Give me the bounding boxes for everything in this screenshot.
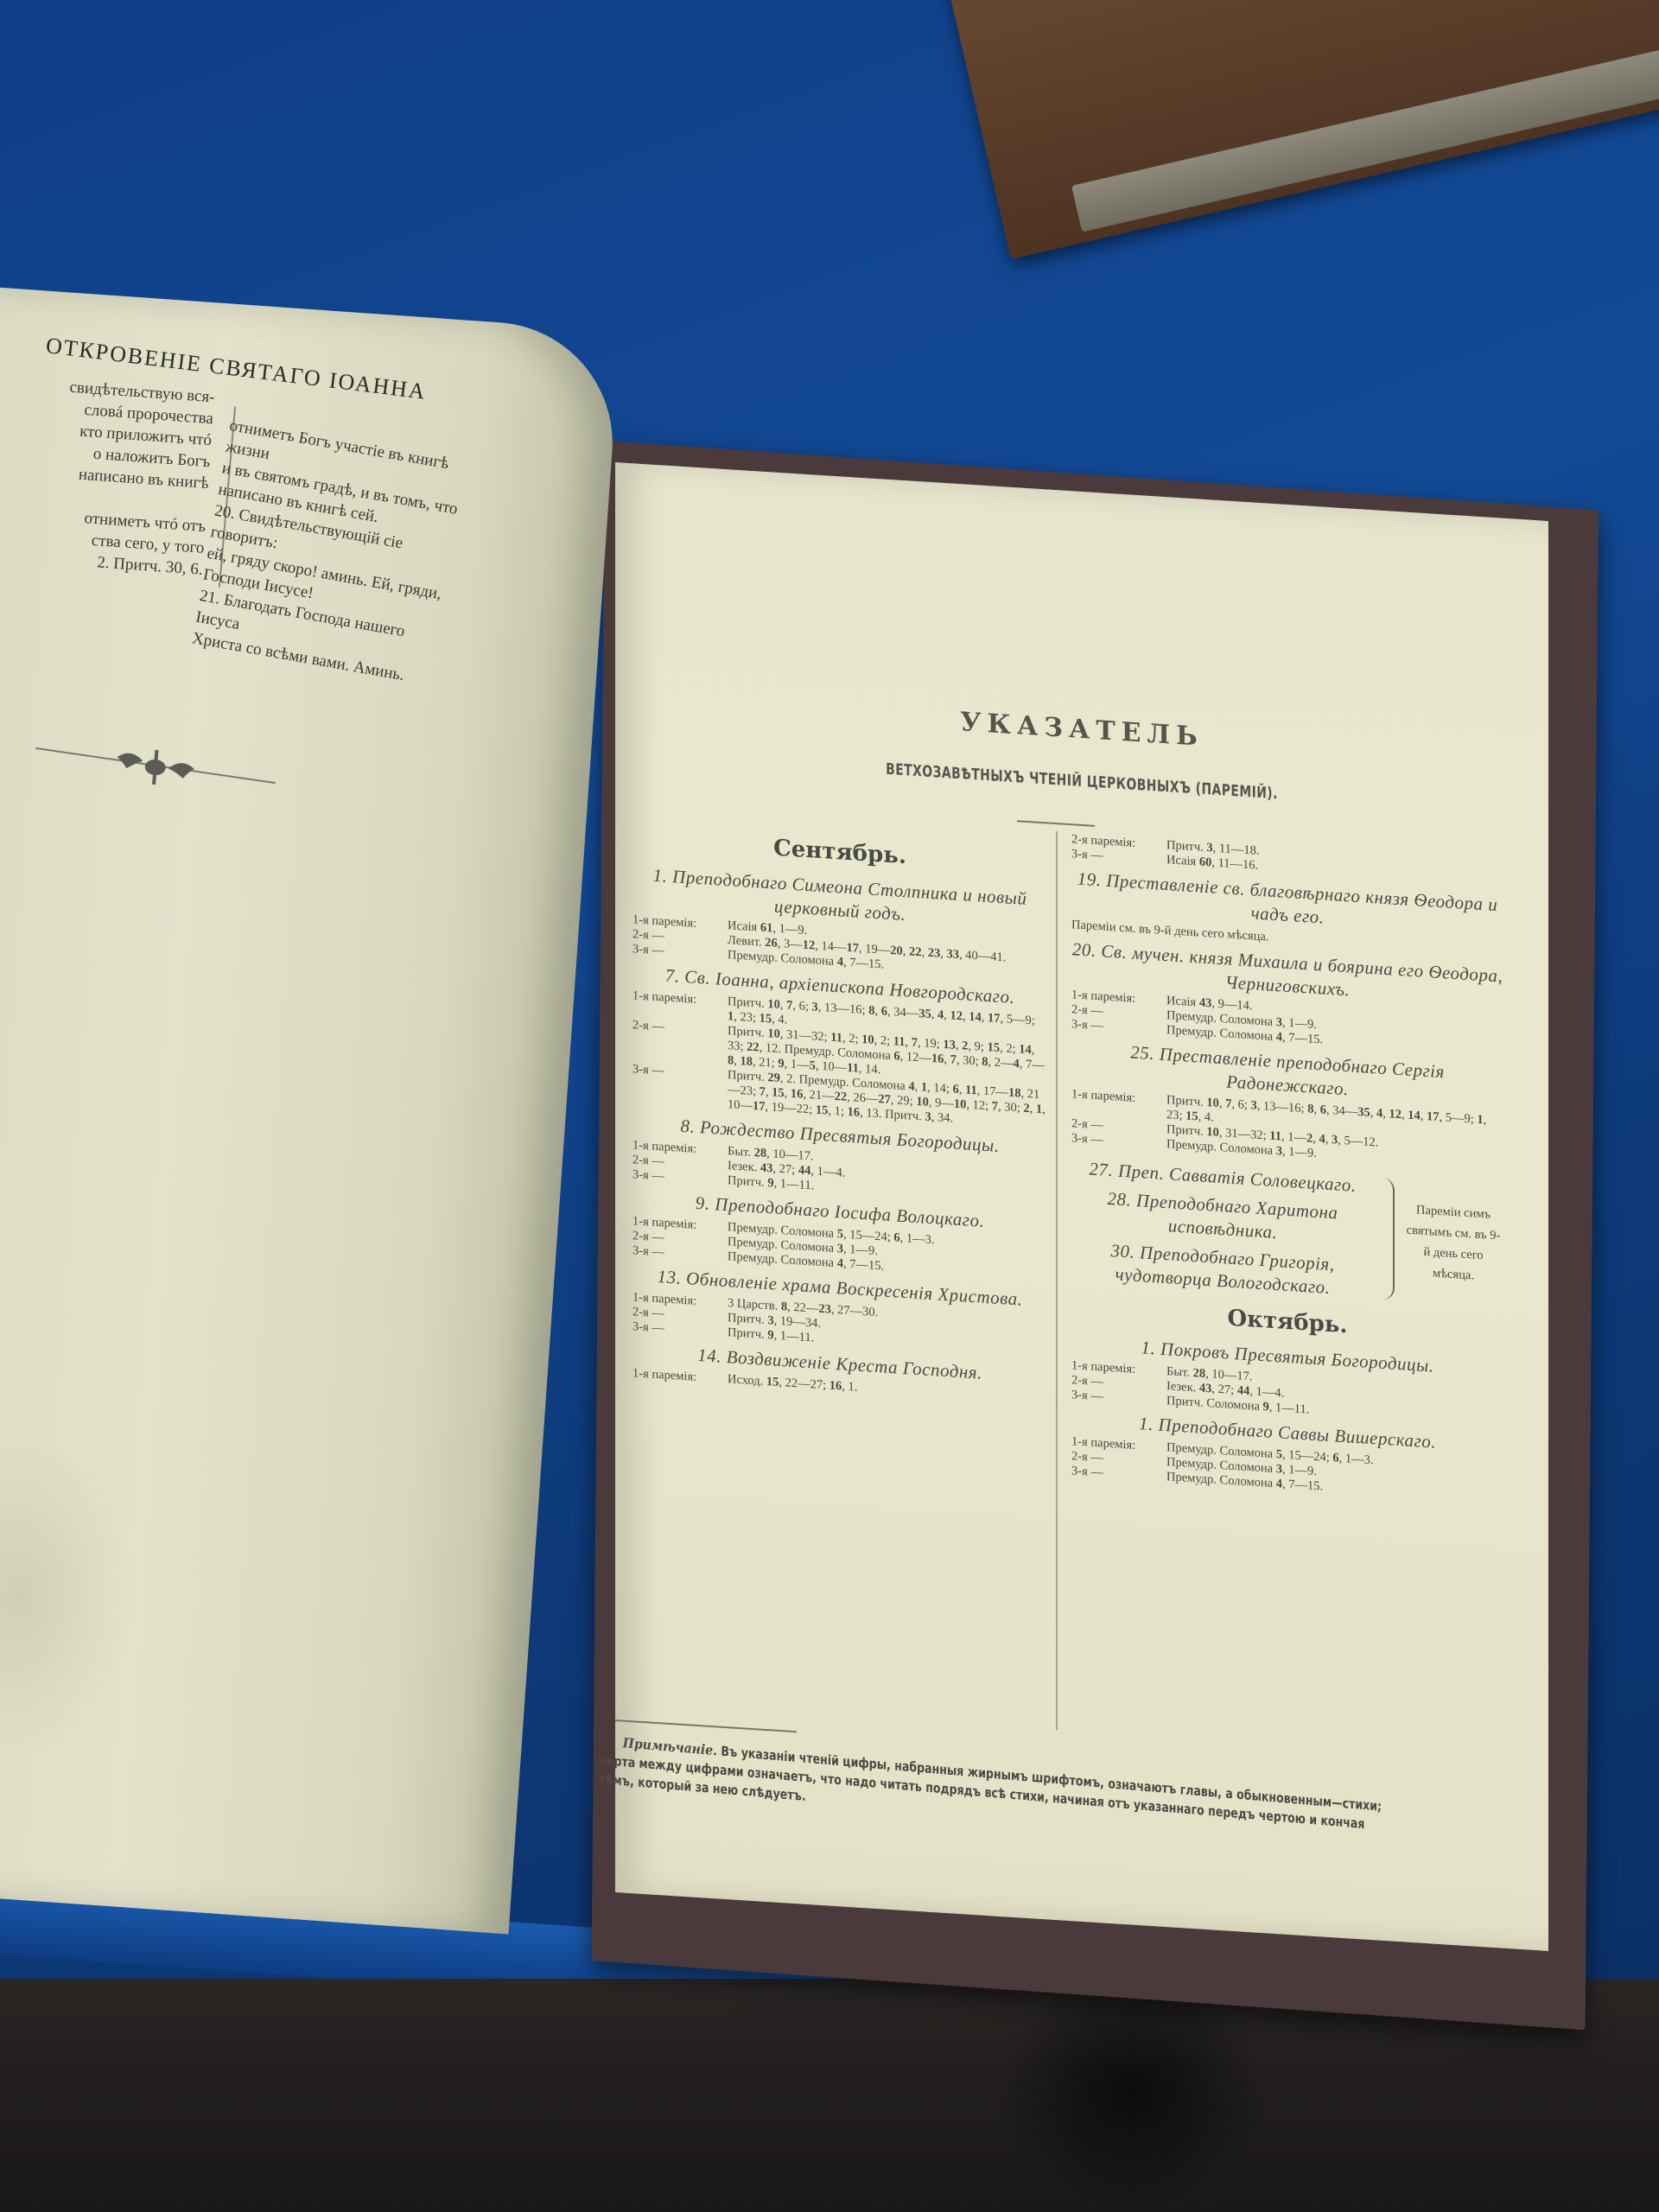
background-book-cover <box>941 0 1659 259</box>
brace <box>1374 1177 1395 1300</box>
right-page: УКАЗАТЕЛЬ ВЕТХОЗАВѢТНЫХЪ ЧТЕНІЙ ЦЕРКОВНЫ… <box>615 462 1548 1951</box>
grouped-feasts: 27. Преп. Савватія Соловецкаго.28. Препо… <box>1071 1151 1503 1313</box>
title-rule <box>1017 820 1095 827</box>
right-column: 2-я паремія:Притч. 3, 11—18.3-я —Исаія 6… <box>1071 832 1503 1505</box>
reading-label: 3-я — <box>632 1062 728 1112</box>
reading-label: 2-я — <box>632 1018 728 1068</box>
grouped-note: Пареміи симъ святымъ см. въ 9-й день сег… <box>1395 1172 1503 1314</box>
shadow <box>994 1970 1270 2212</box>
left-page-column-1: свидѣтельствую вся-словá пророчествакто … <box>0 372 215 581</box>
reading-label: 1-я паремія: <box>632 1366 728 1387</box>
left-page-column-2: отниметъ Богъ участіе въ книгѣ жизнии въ… <box>190 415 478 692</box>
footnote: Примѣчаніе. Въ указаніи чтеній цифры, на… <box>599 1732 1401 1856</box>
footnote-rule <box>615 1719 797 1732</box>
left-column: Сентябрь. 1. Преподобнаго Симеона Столпн… <box>632 817 1047 1407</box>
column-divider <box>1056 831 1058 1730</box>
footnote-text: Въ указаніи чтеній цифры, набранныя жирн… <box>599 1744 1382 1832</box>
page-stain <box>0 1426 144 1769</box>
